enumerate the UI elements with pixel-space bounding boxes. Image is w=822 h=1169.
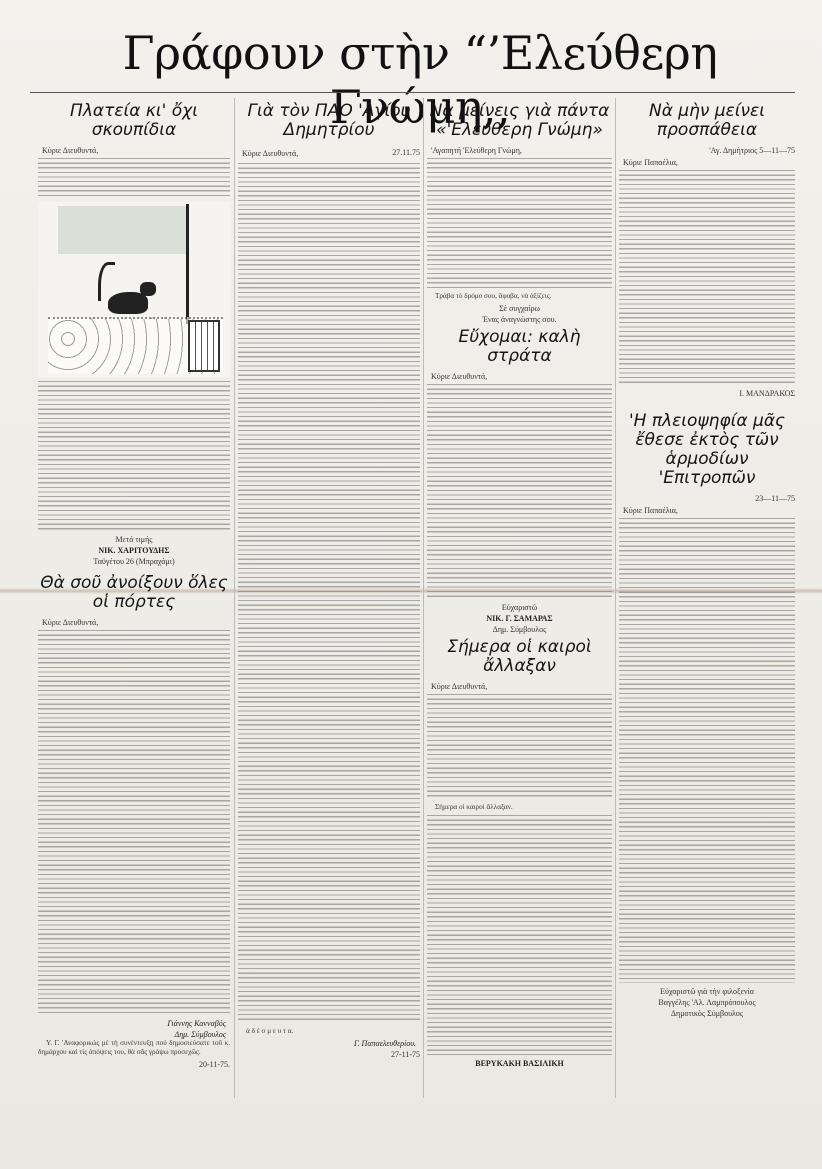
signature-prefix: Σὲ συγχαίρω (427, 304, 612, 313)
signature-prefix: Εὐχαριστῶ γιὰ τὴν φιλοξενία (619, 987, 795, 996)
article-headline: Νὰ μὴν μείνει προσπάθεια (619, 102, 795, 140)
article-strata: Εὔχομαι: καλὴ στράτα Κύριε Διευθυντά, Εὐ… (427, 328, 612, 634)
trash-bin-icon (188, 320, 220, 372)
signature: ΒΕΡΥΚΑΚΗ ΒΑΣΙΛΙΚΗ (427, 1059, 612, 1068)
salutation: Κύριε Διευθυντά, (242, 149, 298, 158)
signature-prefix: Μετά τιμής (38, 535, 230, 544)
article-headline: Σήμερα οἱ καιροὶ ἄλλαξαν (427, 638, 612, 676)
article-body-text (619, 518, 795, 983)
article-body-text (38, 630, 230, 1015)
masthead-rule (30, 92, 795, 93)
column-divider (615, 98, 616, 1098)
article-date: 27-11-75 (238, 1050, 420, 1059)
article-pao: Γιὰ τὸν ΠΑΟ 'Αγίου Δημητρίου Κύριε Διευθ… (238, 102, 420, 1059)
cartoon-illustration (38, 202, 230, 377)
article-body-text (619, 170, 795, 385)
signature-title: Δημ. Σύμβουλος (427, 625, 612, 634)
article-body-text (427, 694, 612, 799)
article-prospatheia: Νὰ μὴν μείνει προσπάθεια 'Αγ. Δημήτριος … (619, 102, 795, 398)
article-body-text (238, 163, 420, 1023)
article-date-top: 27.11.75 (392, 148, 420, 159)
salutation: Κύριε Διευθυντά, (431, 682, 612, 691)
postscript: Υ. Γ. 'Αναφορικώς μὲ τὴ συνέντευξη πού δ… (38, 1039, 230, 1057)
article-headline: Εὔχομαι: καλὴ στράτα (427, 328, 612, 366)
column-3: Νὰ μείνεις γιὰ πάντα «'Ελεύθερη Γνώμη» '… (427, 98, 612, 1070)
signature: ΝΙΚ. Γ. ΣΑΜΑΡΑΣ (427, 614, 612, 623)
article-body-text (427, 158, 612, 288)
article-headline: Νὰ μείνεις γιὰ πάντα «'Ελεύθερη Γνώμη» (427, 102, 612, 140)
salutation: 'Αγαπητή 'Ελεύθερη Γνώμη, (431, 146, 612, 155)
signature-prefix: Εὐχαριστῶ (427, 603, 612, 612)
signature-address: Ταϋγέτου 26 (Μπραχάμι) (38, 557, 230, 566)
article-headline: Θὰ σοῦ ἀνοίξουν ὅλες οἱ πόρτες (38, 574, 230, 612)
article-body-text (427, 384, 612, 599)
cat-icon (108, 292, 148, 314)
signature: Γ. Παπαελευθερίου. (238, 1039, 416, 1048)
article-date-top: 'Αγ. Δημήτριος 5—11—75 (619, 146, 795, 155)
closing-line: ἀ δ έ σ μ ε υ τ α. (238, 1027, 420, 1036)
article-date-top: 23—11—75 (619, 494, 795, 503)
article-plateia: Πλατεία κι' ὄχι σκουπίδια Κύριε Διευθυντ… (38, 102, 230, 566)
salutation: Κύριε Διευθυντά, (42, 146, 230, 155)
closing-line: Τράβα τὸ δρόμο σου, ἄφοβα, νὰ ἀξίζεις. (427, 292, 612, 301)
signature: ΝΙΚ. ΧΑΡΙΤΟΥΔΗΣ (38, 546, 230, 555)
signature-title: Δημ. Σύμβουλος (38, 1030, 226, 1039)
signature: Ι. ΜΑΝΔΡΑΚΟΣ (619, 389, 795, 398)
column-2: Γιὰ τὸν ΠΑΟ 'Αγίου Δημητρίου Κύριε Διευθ… (238, 98, 420, 1061)
column-divider (234, 98, 235, 1098)
signature: Ένας ἀναγνώστης σου. (427, 315, 612, 324)
article-body-text (38, 381, 230, 531)
article-date: 20-11-75. (38, 1060, 230, 1069)
signature: Βαγγέλης 'Αλ. Λαμπρόπουλος (619, 998, 795, 1007)
article-headline: Πλατεία κι' ὄχι σκουπίδια (38, 102, 230, 140)
column-1: Πλατεία κι' ὄχι σκουπίδια Κύριε Διευθυντ… (38, 98, 230, 1071)
signature: Γιάννης Κανναβός (38, 1019, 226, 1028)
article-pleiopsifia: 'Η πλειοψηφία μᾶς ἔθεσε ἐκτὸς τῶν ἁρμοδί… (619, 412, 795, 1018)
article-headline: Γιὰ τὸν ΠΑΟ 'Αγίου Δημητρίου (238, 102, 420, 140)
salutation: Κύριε Διευθυντά, (431, 372, 612, 381)
article-portes: Θὰ σοῦ ἀνοίξουν ὅλες οἱ πόρτες Κύριε Διε… (38, 574, 230, 1069)
salutation: Κύριε Διευθυντά, (42, 618, 230, 627)
salutation: Κύριε Παπαέλια, (623, 506, 795, 515)
salutation: Κύριε Παπαέλια, (623, 158, 795, 167)
column-4: Νὰ μὴν μείνει προσπάθεια 'Αγ. Δημήτριος … (619, 98, 795, 1020)
article-kairoi: Σήμερα οἱ καιροὶ ἄλλαξαν Κύριε Διευθυντά… (427, 638, 612, 1068)
newspaper-page: Γράφουν στὴν “’Ελεύθερη Γνώμη,, Πλατεία … (0, 0, 822, 1169)
signature-title: Δημοτικὸς Σύμβουλος (619, 1009, 795, 1018)
article-body-text (427, 815, 612, 1055)
article-headline: 'Η πλειοψηφία μᾶς ἔθεσε ἐκτὸς τῶν ἁρμοδί… (619, 412, 795, 488)
article-body-text (38, 158, 230, 198)
inline-quote: Σήμερα οἱ καιροὶ ἄλλαξαν. (427, 803, 612, 812)
article-panta: Νὰ μείνεις γιὰ πάντα «'Ελεύθερη Γνώμη» '… (427, 102, 612, 324)
column-divider (423, 98, 424, 1098)
